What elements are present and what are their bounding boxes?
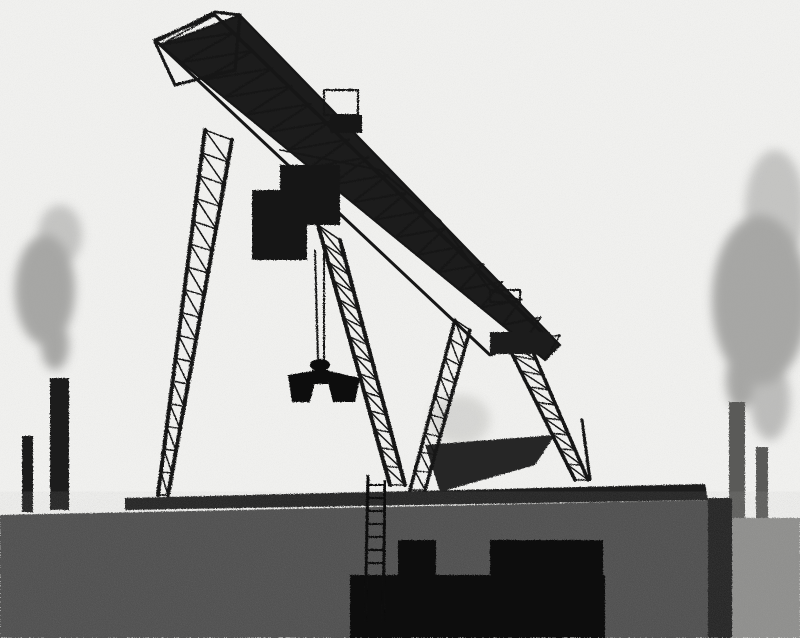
ladder (365, 475, 385, 625)
painting-scene (0, 0, 800, 638)
